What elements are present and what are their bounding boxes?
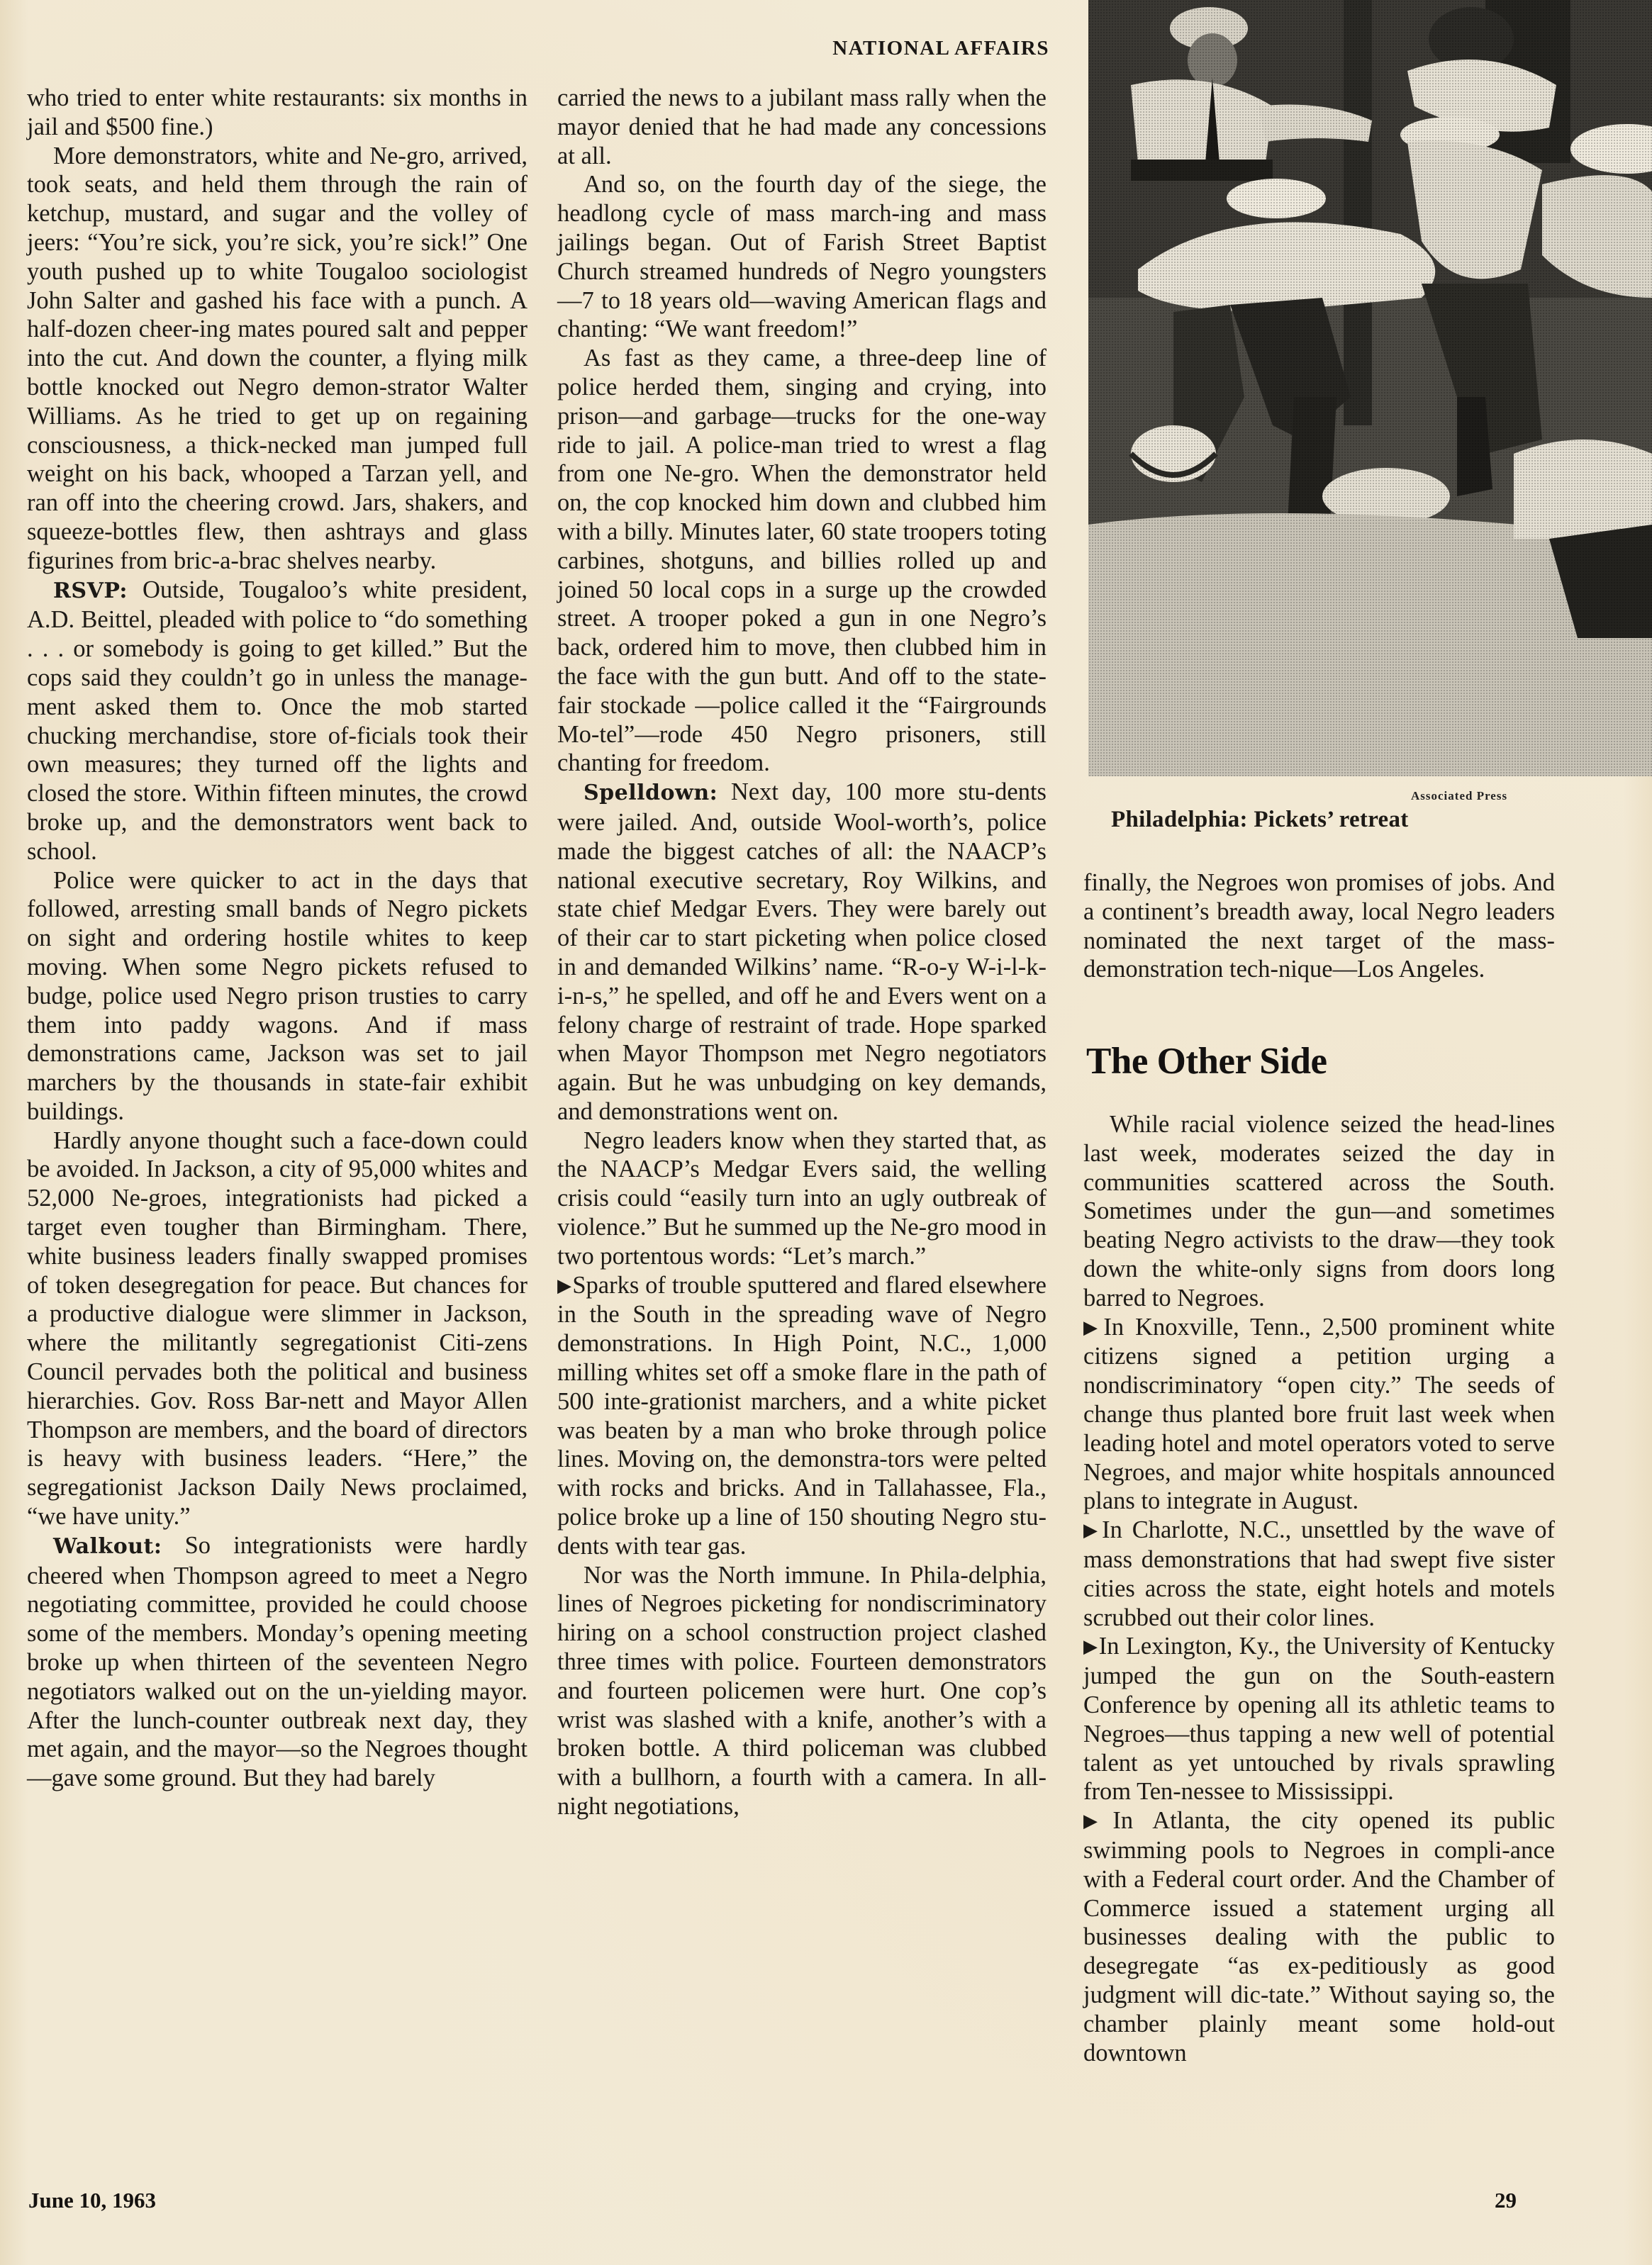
paragraph: More demonstrators, white and Ne-gro, ar…: [27, 142, 528, 576]
bulleted-paragraph: ▶In Knoxville, Tenn., 2,500 prominent wh…: [1083, 1313, 1555, 1516]
bulleted-paragraph: ▶In Atlanta, the city opened its public …: [1083, 1806, 1555, 2067]
paragraph: Walkout: So integrationists were hardly …: [27, 1531, 528, 1793]
paragraph: And so, on the fourth day of the siege, …: [557, 170, 1047, 344]
paragraph: While racial violence seized the head-li…: [1083, 1110, 1555, 1313]
triangle-bullet-icon: ▶: [1083, 1811, 1112, 1831]
triangle-bullet-icon: ▶: [1083, 1636, 1098, 1657]
article-column-3-continuation: finally, the Negroes won promises of job…: [1083, 868, 1555, 984]
paragraph: Nor was the North immune. In Phila-delph…: [557, 1561, 1047, 1821]
run-in-head: RSVP:: [53, 578, 128, 603]
magazine-page: NATIONAL AFFAIRS who tried to enter whit…: [0, 0, 1652, 2265]
article-column-1: who tried to enter white restaurants: si…: [27, 84, 528, 1793]
paragraph: Hardly anyone thought such a face-down c…: [27, 1126, 528, 1531]
paragraph: Spelldown: Next day, 100 more stu-dents …: [557, 778, 1047, 1126]
issue-date: June 10, 1963: [28, 2188, 156, 2213]
triangle-bullet-icon: ▶: [1083, 1317, 1103, 1338]
article-column-2: carried the news to a jubilant mass rall…: [557, 84, 1047, 1821]
paragraph: carried the news to a jubilant mass rall…: [557, 84, 1047, 170]
paragraph: Negro leaders know when they started tha…: [557, 1126, 1047, 1271]
photo-caption: Philadelphia: Pickets’ retreat: [1111, 807, 1409, 833]
paragraph: As fast as they came, a three-deep line …: [557, 344, 1047, 778]
paragraph: finally, the Negroes won promises of job…: [1083, 868, 1555, 984]
news-photo: [1088, 0, 1652, 776]
section-headline: The Other Side: [1086, 1040, 1327, 1083]
triangle-bullet-icon: ▶: [1083, 1520, 1101, 1540]
bulleted-paragraph: ▶Sparks of trouble sputtered and flared …: [557, 1271, 1047, 1561]
paragraph: RSVP: Outside, Tougaloo’s white presiden…: [27, 576, 528, 866]
section-running-head: NATIONAL AFFAIRS: [793, 37, 1049, 60]
paragraph: who tried to enter white restaurants: si…: [27, 84, 528, 142]
run-in-head: Walkout:: [53, 1534, 162, 1559]
run-in-head: Spelldown:: [584, 781, 718, 805]
bulleted-paragraph: ▶In Charlotte, N.C., unsettled by the wa…: [1083, 1516, 1555, 1632]
article-column-3: While racial violence seized the head-li…: [1083, 1110, 1555, 2067]
police-scuffle-photo-icon: [1088, 0, 1652, 776]
bulleted-paragraph: ▶In Lexington, Ky., the University of Ke…: [1083, 1632, 1555, 1806]
photo-credit: Associated Press: [1411, 789, 1507, 803]
triangle-bullet-icon: ▶: [557, 1275, 571, 1296]
paragraph: Police were quicker to act in the days t…: [27, 866, 528, 1126]
page-number: 29: [1495, 2188, 1517, 2213]
